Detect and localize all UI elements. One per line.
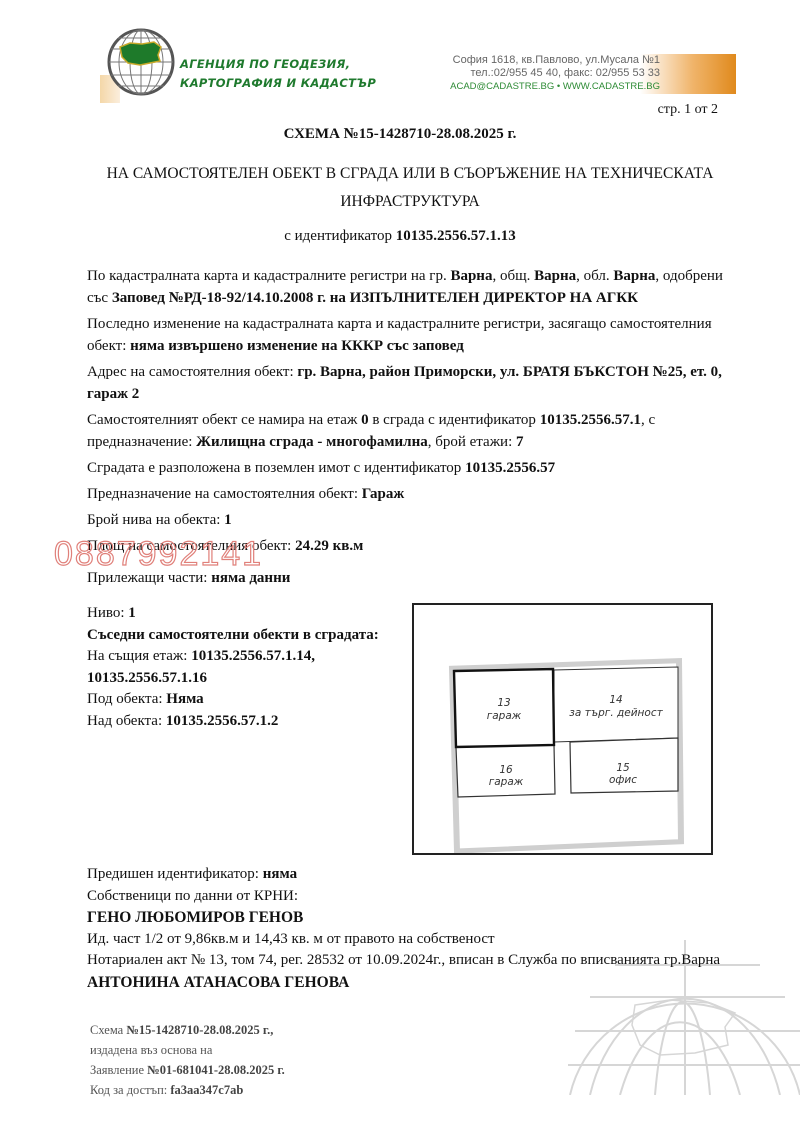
building-line: Самостоятелният обект се намира на етаж … xyxy=(87,409,737,453)
above-line: Над обекта: 10135.2556.57.1.2 xyxy=(87,711,407,733)
address-line: Адрес на самостоятелния обект: гр. Варна… xyxy=(87,361,737,405)
land-line: Сградата е разположена в поземлен имот с… xyxy=(87,457,737,479)
unit-14-number: 14 xyxy=(609,694,622,706)
globe-bulgaria-logo-icon xyxy=(106,27,176,97)
level-line: Ниво: 1 xyxy=(87,603,407,625)
unit-16-use: гараж xyxy=(489,776,524,788)
unit-13-use: гараж xyxy=(487,710,522,722)
footer-scheme: Схема №15-1428710-28.08.2025 г., xyxy=(90,1020,285,1040)
floor-plan-diagram: 13 гараж 14 за търг. дейност 16 гараж 15… xyxy=(412,603,713,855)
owners-label: Собственици по данни от КРНИ: xyxy=(87,886,737,908)
issuance-note: Схема №15-1428710-28.08.2025 г., издаден… xyxy=(90,1020,285,1100)
scheme-title: СХЕМА №15-1428710-28.08.2025 г. xyxy=(0,126,800,143)
unit-15-use: офис xyxy=(609,774,637,786)
object-identifier: с идентификатор 10135.2556.57.1.13 xyxy=(0,228,800,245)
footer-application: Заявление №01-681041-28.08.2025 г. xyxy=(90,1060,285,1080)
neighbours-heading: Съседни самостоятелни обекти в сградата: xyxy=(87,625,407,647)
page-indicator: стр. 1 от 2 xyxy=(658,102,718,118)
footer-issued: издадена въз основа на xyxy=(90,1040,285,1060)
unit-14-use: за търг. дейност xyxy=(569,707,663,719)
agency-name-line2: КАРТОГРАФИЯ И КАДАСТЪР xyxy=(180,74,376,93)
object-purpose-line: Предназначение на самостоятелния обект: … xyxy=(87,483,737,505)
unit-13-number: 13 xyxy=(497,697,510,709)
notary-deed: Нотариален акт № 13, том 74, рег. 28532 … xyxy=(87,950,737,972)
identifier-value: 10135.2556.57.1.13 xyxy=(396,228,516,244)
floor-plan-svg: 13 гараж 14 за търг. дейност 16 гараж 15… xyxy=(414,605,711,853)
ownership-share: Ид. част 1/2 от 9,86кв.м и 14,43 кв. м о… xyxy=(87,929,737,951)
agency-name: АГЕНЦИЯ ПО ГЕОДЕЗИЯ, КАРТОГРАФИЯ И КАДАС… xyxy=(180,55,376,93)
agency-contacts: София 1618, кв.Павлово, ул.Мусала №1 тел… xyxy=(430,54,660,93)
agency-name-line1: АГЕНЦИЯ ПО ГЕОДЕЗИЯ, xyxy=(180,55,376,74)
neighbour-objects: Ниво: 1 Съседни самостоятелни обекти в с… xyxy=(87,603,407,732)
footer-access-code: Код за достъп: fa3aa347c7ab xyxy=(90,1080,285,1100)
ownership-section: Предишен идентификатор: няма Собственици… xyxy=(87,864,737,993)
below-line: Под обекта: Няма xyxy=(87,689,407,711)
previous-id-line: Предишен идентификатор: няма xyxy=(87,864,737,886)
scheme-subtitle: НА САМОСТОЯТЕЛЕН ОБЕКТ В СГРАДА ИЛИ В СЪ… xyxy=(80,160,740,216)
cadastre-line: По кадастралната карта и кадастралните р… xyxy=(87,265,737,309)
owner-1-name: ГЕНО ЛЮБОМИРОВ ГЕНОВ xyxy=(87,907,737,929)
agency-phones: тел.:02/955 45 40, факс: 02/955 53 33 xyxy=(430,67,660,80)
last-change-line: Последно изменение на кадастралната карт… xyxy=(87,313,737,357)
levels-line: Брой нива на обекта: 1 xyxy=(87,509,737,531)
owner-2-name: АНТОНИНА АТАНАСОВА ГЕНОВА xyxy=(87,972,737,994)
same-floor-line-2: 10135.2556.57.1.16 xyxy=(87,668,407,690)
same-floor-line: На същия етаж: 10135.2556.57.1.14, xyxy=(87,646,407,668)
phone-watermark: 0887992141 xyxy=(54,535,263,574)
agency-address: София 1618, кв.Павлово, ул.Мусала №1 xyxy=(430,54,660,67)
unit-16-number: 16 xyxy=(499,764,513,776)
unit-15-number: 15 xyxy=(616,762,630,774)
agency-web[interactable]: ACAD@CADASTRE.BG • WWW.CADASTRE.BG xyxy=(430,80,660,93)
